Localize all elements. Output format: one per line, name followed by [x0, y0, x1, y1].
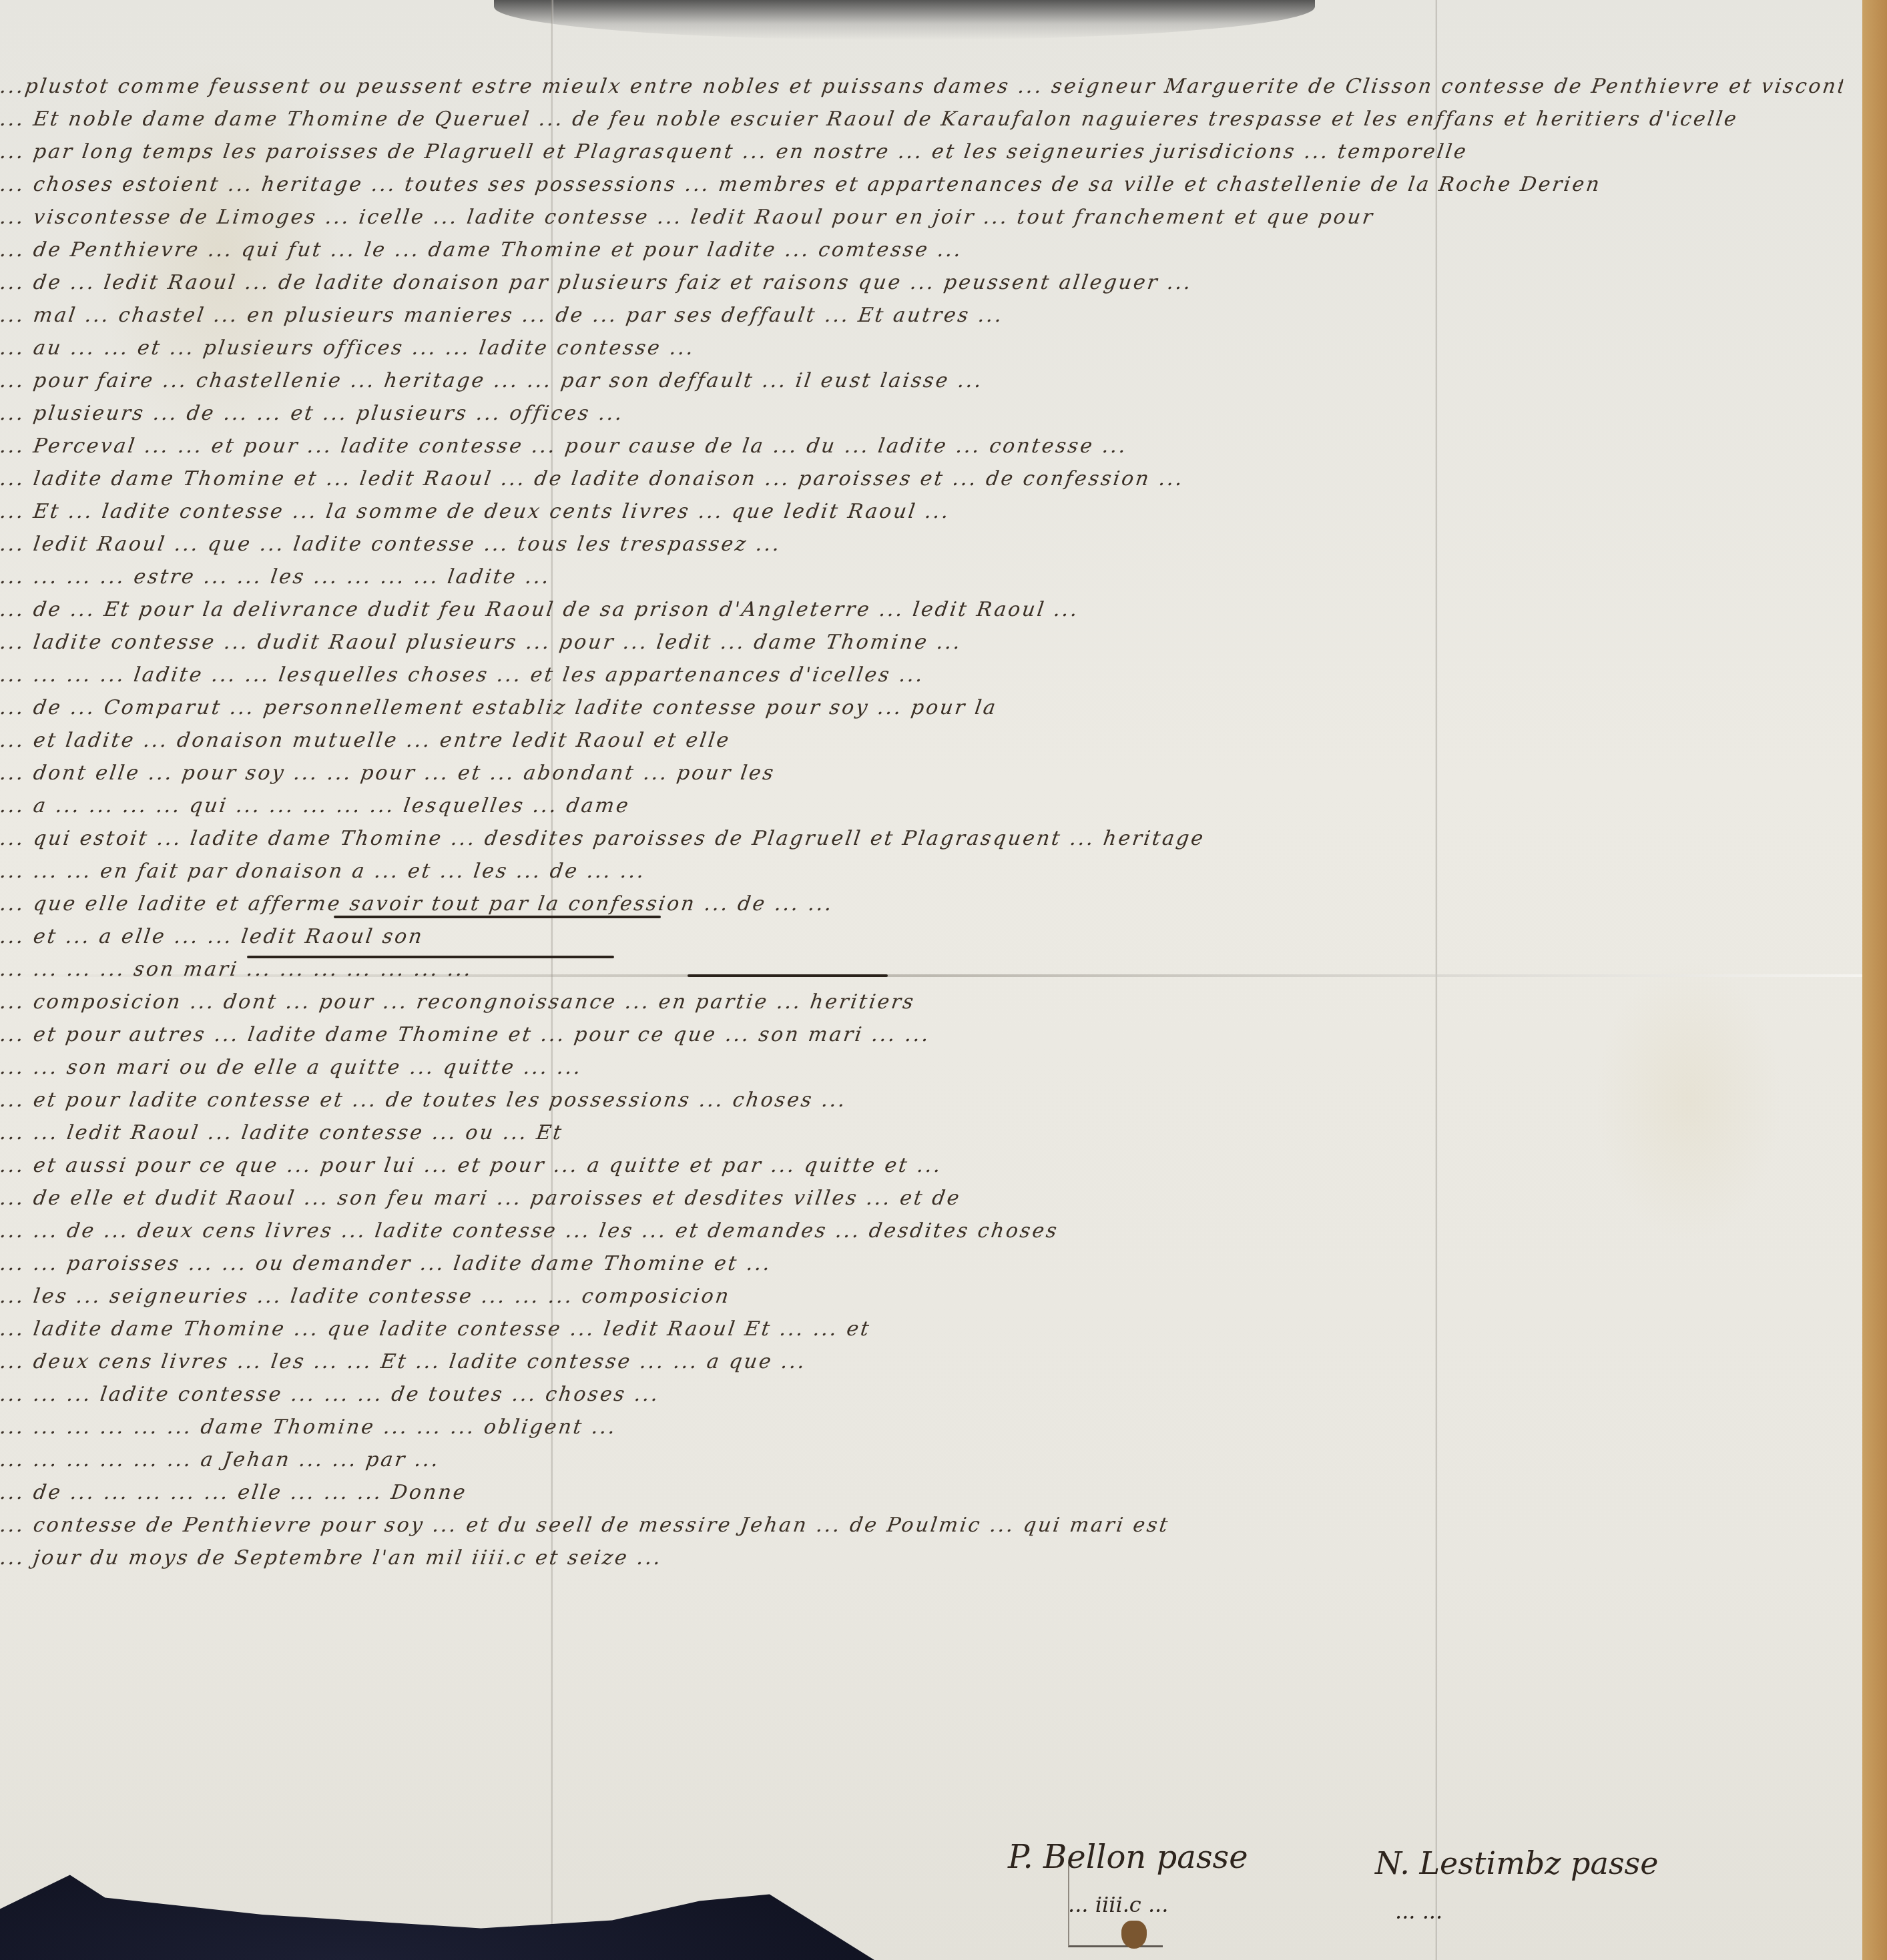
- manuscript-line: ... ... ... en fait par donaison a ... e…: [0, 855, 1844, 888]
- manuscript-line: ... ... paroisses ... ... ou demander ..…: [0, 1247, 1844, 1280]
- manuscript-line: ... choses estoient ... heritage ... tou…: [0, 168, 1844, 201]
- manuscript-line: ...plustot comme feussent ou peussent es…: [0, 70, 1844, 103]
- manuscript-line: ... ... ledit Raoul ... ladite contesse …: [0, 1116, 1844, 1149]
- manuscript-line: ... de ... ledit Raoul ... de ladite don…: [0, 266, 1844, 299]
- manuscript-line: ... Et ... ladite contesse ... la somme …: [0, 495, 1844, 528]
- manuscript-line: ... ledit Raoul ... que ... ladite conte…: [0, 528, 1844, 561]
- manuscript-line: ... ... ... ladite contesse ... ... ... …: [0, 1378, 1844, 1411]
- signature-lestimbz: N. Lestimbz passe: [1375, 1845, 1658, 1881]
- signature-bellon: P. Bellon passe: [1008, 1839, 1248, 1876]
- manuscript-line: ... et aussi pour ce que ... pour lui ..…: [0, 1149, 1844, 1182]
- manuscript-line: ... a ... ... ... ... qui ... ... ... ..…: [0, 789, 1844, 822]
- manuscript-line: ... Et noble dame dame Thomine de Querue…: [0, 103, 1844, 135]
- manuscript-line: ... plusieurs ... de ... ... et ... plus…: [0, 397, 1844, 430]
- manuscript-line: ... ... ... ... ladite ... ... lesquelle…: [0, 659, 1844, 691]
- manuscript-line: ... ... de ... deux cens livres ... ladi…: [0, 1215, 1844, 1247]
- manuscript-line: ... ... ... ... estre ... ... les ... ..…: [0, 561, 1844, 593]
- mount-edge: [1862, 0, 1887, 1960]
- underline-stroke: [688, 974, 888, 977]
- manuscript-line: ... que elle ladite et afferme savoir to…: [0, 888, 1844, 920]
- manuscript-line: ... par long temps les paroisses de Plag…: [0, 135, 1844, 168]
- manuscript-line: ... composicion ... dont ... pour ... re…: [0, 986, 1844, 1018]
- manuscript-line: ... de ... ... ... ... ... elle ... ... …: [0, 1476, 1844, 1509]
- manuscript-line: ... mal ... chastel ... en plusieurs man…: [0, 299, 1844, 332]
- manuscript-line: ... et ladite ... donaison mutuelle ... …: [0, 724, 1844, 757]
- manuscript-line: ... de elle et dudit Raoul ... son feu m…: [0, 1182, 1844, 1215]
- manuscript-line: ... et pour autres ... ladite dame Thomi…: [0, 1018, 1844, 1051]
- signature-lestimbz-sub: ... ...: [1395, 1899, 1442, 1924]
- underline-stroke: [334, 916, 661, 918]
- manuscript-line: ... deux cens livres ... les ... ... Et …: [0, 1345, 1844, 1378]
- manuscript-line: ... de ... Comparut ... personnellement …: [0, 691, 1844, 724]
- manuscript-line: ... et ... a elle ... ... ledit Raoul so…: [0, 920, 1844, 953]
- manuscript-line: ... contesse de Penthievre pour soy ... …: [0, 1509, 1844, 1542]
- manuscript-line: ... ... ... ... ... ... dame Thomine ...…: [0, 1411, 1844, 1443]
- manuscript-line: ... et pour ladite contesse et ... de to…: [0, 1084, 1844, 1116]
- signature-bellon-sub: ... iiii.c ...: [1068, 1892, 1168, 1917]
- manuscript-line: ... qui estoit ... ladite dame Thomine .…: [0, 822, 1844, 855]
- manuscript-line: ... dont elle ... pour soy ... ... pour …: [0, 757, 1844, 789]
- manuscript-line: ... ... son mari ou de elle a quitte ...…: [0, 1051, 1844, 1084]
- notarial-signatures: P. Bellon passe ... iiii.c ... N. Lestim…: [981, 1832, 1869, 1952]
- manuscript-line: ... de Penthievre ... qui fut ... le ...…: [0, 234, 1844, 266]
- manuscript-line: ... ... ... ... ... ... a Jehan ... ... …: [0, 1443, 1844, 1476]
- manuscript-line: ... pour faire ... chastellenie ... heri…: [0, 364, 1844, 397]
- underline-stroke: [247, 956, 614, 958]
- manuscript-line: ... de ... Et pour la delivrance dudit f…: [0, 593, 1844, 626]
- manuscript-text: ...plustot comme feussent ou peussent es…: [0, 70, 1842, 1574]
- manuscript-line: ... ladite contesse ... dudit Raoul plus…: [0, 626, 1844, 659]
- manuscript-line: ... jour du moys de Septembre l'an mil i…: [0, 1542, 1844, 1574]
- manuscript-line: ... les ... seigneuries ... ladite conte…: [0, 1280, 1844, 1313]
- manuscript-line: ... ladite dame Thomine ... que ladite c…: [0, 1313, 1844, 1345]
- manuscript-line: ... ladite dame Thomine et ... ledit Rao…: [0, 462, 1844, 495]
- manuscript-line: ... Perceval ... ... et pour ... ladite …: [0, 430, 1844, 462]
- manuscript-line: ... viscontesse de Limoges ... icelle ..…: [0, 201, 1844, 234]
- manuscript-line: ... au ... ... et ... plusieurs offices …: [0, 332, 1844, 364]
